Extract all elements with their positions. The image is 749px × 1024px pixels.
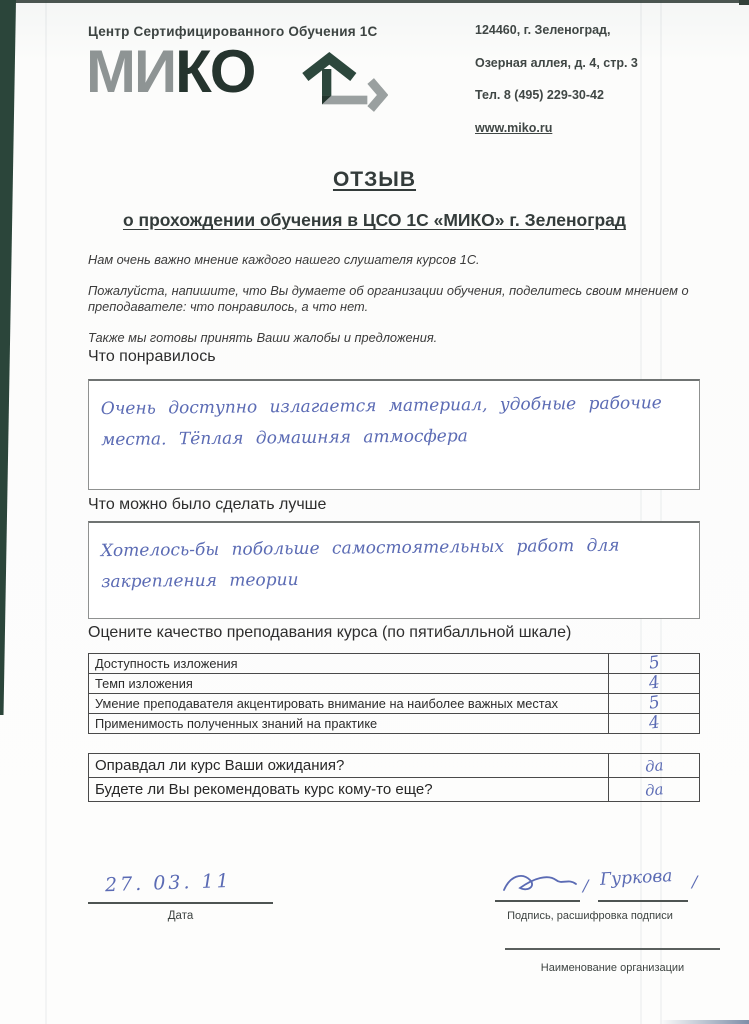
question-answer-cell: да — [609, 778, 700, 802]
table-row: Оправдал ли курс Ваши ожидания? да — [89, 754, 700, 778]
table-row: Умение преподавателя акцентировать внима… — [89, 694, 700, 714]
org-line: Центр Сертифицированного Обучения 1С — [88, 24, 377, 39]
intro-paragraph-2: Пожалуйста, напишите, что Вы думаете об … — [88, 283, 703, 316]
rating-criterion: Доступность изложения — [89, 654, 609, 674]
document-title: ОТЗЫВ — [0, 168, 749, 192]
question-text: Оправдал ли курс Ваши ожидания? — [89, 754, 609, 778]
signature-scribble — [500, 868, 580, 903]
intro-paragraph-3: Также мы готовы принять Ваши жалобы и пр… — [88, 330, 703, 347]
date-signature-line — [88, 902, 273, 904]
handwritten-score: 5 — [647, 694, 660, 712]
rating-criterion: Темп изложения — [89, 674, 609, 694]
rating-score-cell: 5 — [609, 654, 700, 674]
date-label: Дата — [88, 910, 273, 922]
contact-phone: Тел. 8 (495) 229-30-42 — [475, 89, 725, 102]
table-row: Будете ли Вы рекомендовать курс кому-то … — [89, 778, 700, 802]
rating-section-label: Оцените качество преподавания курса (по … — [88, 624, 571, 642]
table-row: Доступность изложения 5 — [89, 654, 700, 674]
improve-section-label: Что можно было сделать лучше — [88, 496, 326, 514]
contact-block: 124460, г. Зеленоград, Озерная аллея, д.… — [475, 24, 725, 154]
miko-logo: МИКО — [86, 42, 254, 102]
handwritten-answer: да — [644, 780, 664, 800]
arrow-logo-icon — [300, 40, 388, 131]
organization-label: Наименование организации — [505, 962, 720, 974]
scan-edge-left — [0, 0, 16, 715]
questions-table: Оправдал ли курс Ваши ожидания? да Будет… — [88, 753, 700, 802]
scanned-paper: Центр Сертифицированного Обучения 1С МИК… — [0, 0, 749, 1024]
liked-answer-box: Очень доступно излагается материал, удоб… — [88, 379, 700, 490]
handwritten-score: 5 — [647, 654, 660, 672]
handwritten-score: 4 — [647, 674, 660, 692]
question-answer-cell: да — [609, 754, 700, 778]
scan-corner-bottom-right — [659, 1020, 749, 1024]
contact-website: www.miko.ru — [475, 122, 725, 135]
contact-street: Озерная аллея, д. 4, стр. 3 — [475, 57, 725, 70]
rating-score-cell: 4 — [609, 674, 700, 694]
contact-zip-city: 124460, г. Зеленоград, — [475, 24, 725, 37]
handwritten-answer: да — [644, 756, 664, 776]
logo-text-gray: МИ — [86, 38, 175, 105]
rating-table: Доступность изложения 5 Темп изложения 4… — [88, 653, 700, 734]
signature-label: Подпись, расшифровка подписи — [470, 910, 710, 922]
signature-slash: / — [583, 876, 588, 895]
logo-text-green: КО — [175, 38, 254, 105]
intro-paragraphs: Нам очень важно мнение каждого нашего сл… — [88, 252, 703, 361]
rating-score-cell: 4 — [609, 714, 700, 734]
question-text: Будете ли Вы рекомендовать курс кому-то … — [89, 778, 609, 802]
paper-crease — [45, 0, 47, 1024]
improve-handwritten-answer: Хотелось-бы побольше самостоятельных раб… — [101, 530, 688, 599]
organization-line — [505, 948, 720, 950]
signature-name-line — [598, 900, 688, 902]
intro-paragraph-1: Нам очень важно мнение каждого нашего сл… — [88, 252, 703, 269]
scan-edge-top — [0, 0, 749, 3]
rating-criterion: Умение преподавателя акцентировать внима… — [89, 694, 609, 714]
document-subtitle: о прохождении обучения в ЦСО 1С «МИКО» г… — [0, 210, 749, 231]
improve-answer-box: Хотелось-бы побольше самостоятельных раб… — [88, 521, 700, 619]
handwritten-date: 27. 03. 11 — [105, 870, 232, 896]
rating-score-cell: 5 — [609, 694, 700, 714]
liked-section-label: Что понравилось — [88, 348, 216, 366]
handwritten-score: 4 — [647, 714, 660, 732]
signature-slash: / — [692, 872, 697, 891]
signature-line — [495, 900, 580, 902]
table-row: Применимость полученных знаний на практи… — [89, 714, 700, 734]
table-row: Темп изложения 4 — [89, 674, 700, 694]
handwritten-signature-name: Гуркова — [600, 866, 673, 890]
scan-corner-top-right — [739, 0, 749, 5]
liked-handwritten-answer: Очень доступно излагается материал, удоб… — [101, 388, 688, 457]
rating-criterion: Применимость полученных знаний на практи… — [89, 714, 609, 734]
